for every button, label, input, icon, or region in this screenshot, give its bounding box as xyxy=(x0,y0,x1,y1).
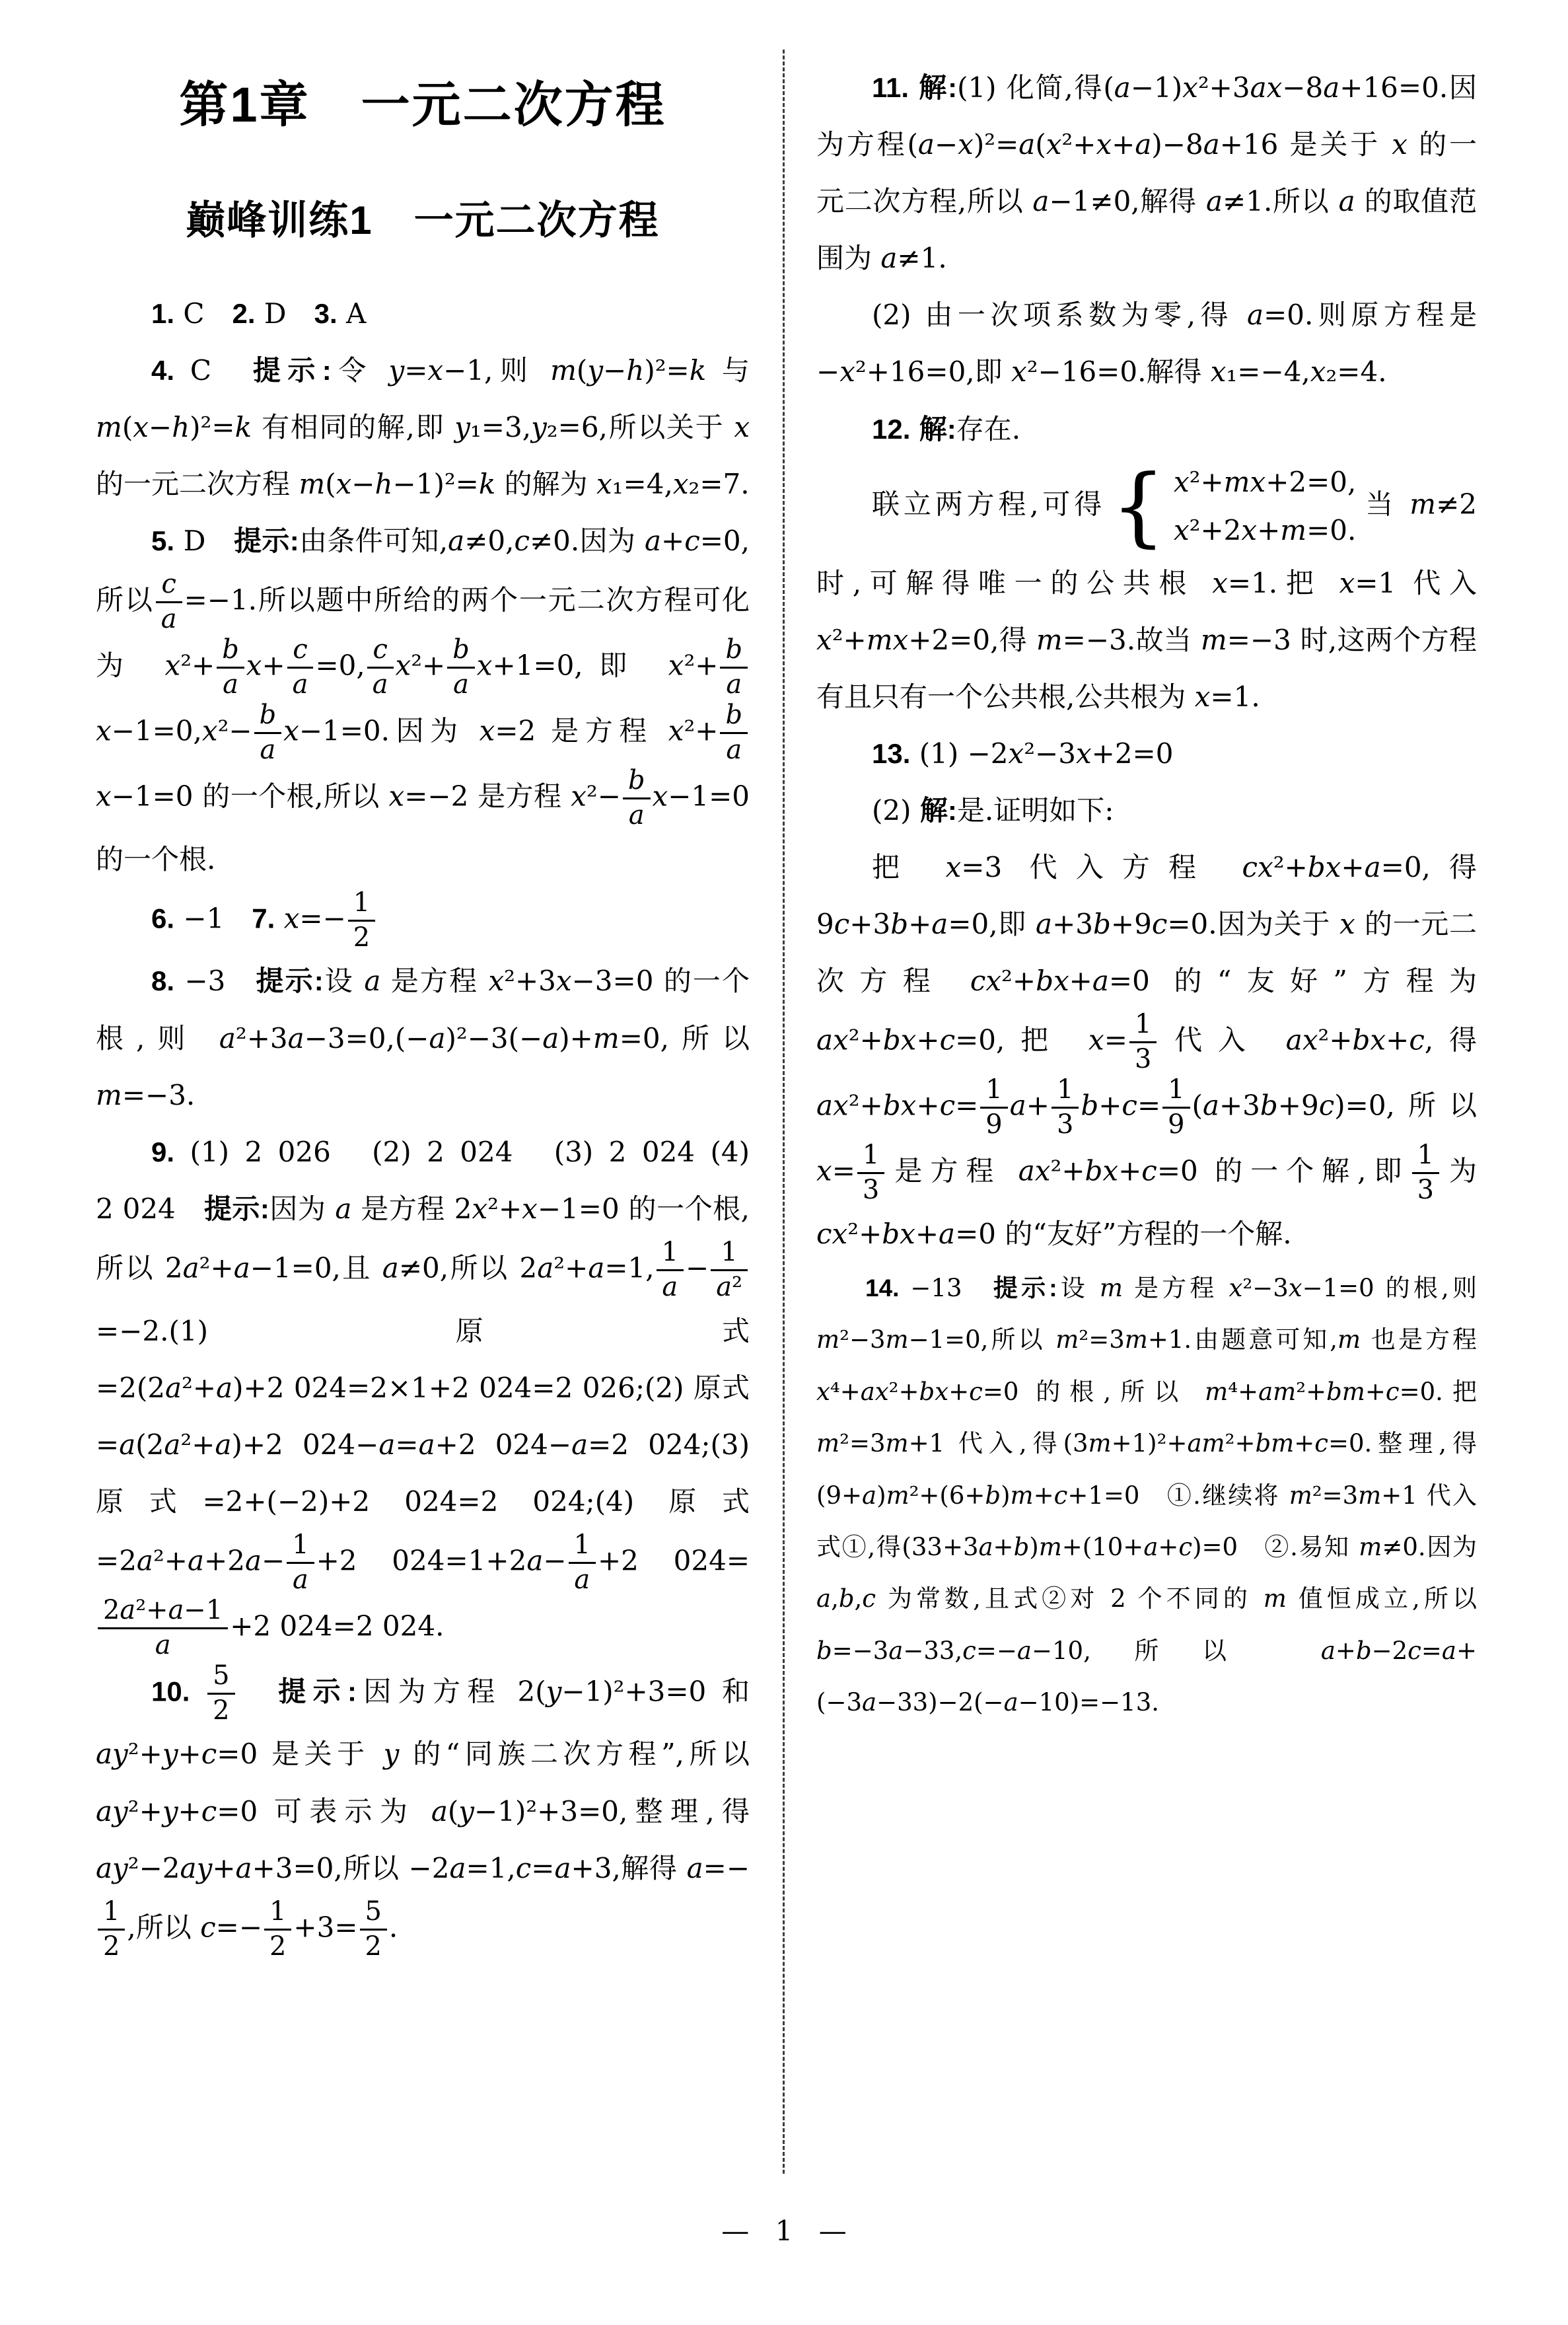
fraction: ba xyxy=(718,700,750,766)
item-13-part2: (2) 解:是.证明如下: xyxy=(816,782,1477,839)
item-8: 8. −3 提示:设 a 是方程 x²+3x−3=0 的一个根,则 a²+3a−… xyxy=(96,953,750,1123)
fraction: 19 xyxy=(978,1075,1009,1140)
page-footer: — 1 — xyxy=(0,2215,1568,2247)
columns: 第1章 一元二次方程 巅峰训练1 一元二次方程 1. C 2. D 3. A4.… xyxy=(0,0,1568,2200)
item-13-part1: 13. (1) −2x²−3x+2=0 xyxy=(816,725,1477,782)
page: 第1章 一元二次方程 巅峰训练1 一元二次方程 1. C 2. D 3. A4.… xyxy=(0,0,1568,2325)
item-13-proof: 把 x=3 代入方程 cx²+bx+a=0,得 9c+3b+a=0,即 a+3b… xyxy=(816,839,1477,1263)
fraction: ba xyxy=(252,700,284,766)
item-5: 5. D 提示:由条件可知,a≠0,c≠0.因为 a+c=0,所以ca=−1.所… xyxy=(96,513,750,887)
left-column: 第1章 一元二次方程 巅峰训练1 一元二次方程 1. C 2. D 3. A4.… xyxy=(96,40,750,2200)
fraction: 13 xyxy=(1127,1010,1158,1075)
fraction: 13 xyxy=(855,1140,886,1206)
fraction: 2a²+a−1a xyxy=(96,1596,230,1661)
fraction: ba xyxy=(621,766,653,831)
fraction: 13 xyxy=(1050,1075,1081,1140)
item-10: 10. 52 提示:因为方程 2(y−1)²+3=0 和 ay²+y+c=0 是… xyxy=(96,1661,750,1962)
item-6-7: 6. −1 7. x=−12 xyxy=(96,888,750,953)
fraction: 19 xyxy=(1160,1075,1192,1140)
fraction: ba xyxy=(215,635,246,700)
fraction: 12 xyxy=(96,1897,127,1962)
fraction: ba xyxy=(718,635,750,700)
item-11-part1: 11. 解:(1) 化简,得(a−1)x²+3ax−8a+16=0.因为方程(a… xyxy=(816,59,1477,287)
answers-1-3: 1. C 2. D 3. A xyxy=(96,285,750,342)
fraction: 12 xyxy=(262,1897,293,1962)
fraction: 1a xyxy=(567,1530,598,1596)
fraction: 12 xyxy=(346,888,377,953)
item-12-head: 12. 解:存在. xyxy=(816,401,1477,458)
item-14: 14. −13 提示:设 m 是方程 x²−3x−1=0 的根,则 m²−3m−… xyxy=(816,1263,1477,1729)
fraction: 1a² xyxy=(709,1237,750,1303)
fraction: 1a xyxy=(285,1530,316,1596)
fraction: ba xyxy=(445,635,477,700)
chapter-title: 第1章 一元二次方程 xyxy=(96,66,750,136)
fraction: 1a xyxy=(655,1237,686,1303)
fraction: 52 xyxy=(205,1661,236,1726)
equation-system: {x²+mx+2=0,x²+2x+m=0. xyxy=(1111,458,1356,555)
item-4: 4. C 提示:令 y=x−1,则 m(y−h)²=k 与 m(x−h)²=k … xyxy=(96,342,750,513)
fraction: 13 xyxy=(1410,1140,1441,1206)
fraction: ca xyxy=(154,570,184,635)
item-11-part2: (2) 由一次项系数为零,得 a=0.则原方程是−x²+16=0,即 x²−16… xyxy=(816,287,1477,400)
section-title: 巅峰训练1 一元二次方程 xyxy=(96,189,750,246)
column-divider xyxy=(783,50,785,2174)
item-9: 9. (1) 2 026 (2) 2 024 (3) 2 024 (4) 2 0… xyxy=(96,1124,750,1661)
left-brace-icon: { xyxy=(1111,468,1166,545)
fraction: 52 xyxy=(358,1897,389,1962)
fraction: ca xyxy=(365,635,396,700)
fraction: ca xyxy=(285,635,316,700)
item-12-body: 联立两方程,可得{x²+mx+2=0,x²+2x+m=0.当 m≠2 时,可解得… xyxy=(816,458,1477,725)
right-column: 11. 解:(1) 化简,得(a−1)x²+3ax−8a+16=0.因为方程(a… xyxy=(816,40,1477,2200)
